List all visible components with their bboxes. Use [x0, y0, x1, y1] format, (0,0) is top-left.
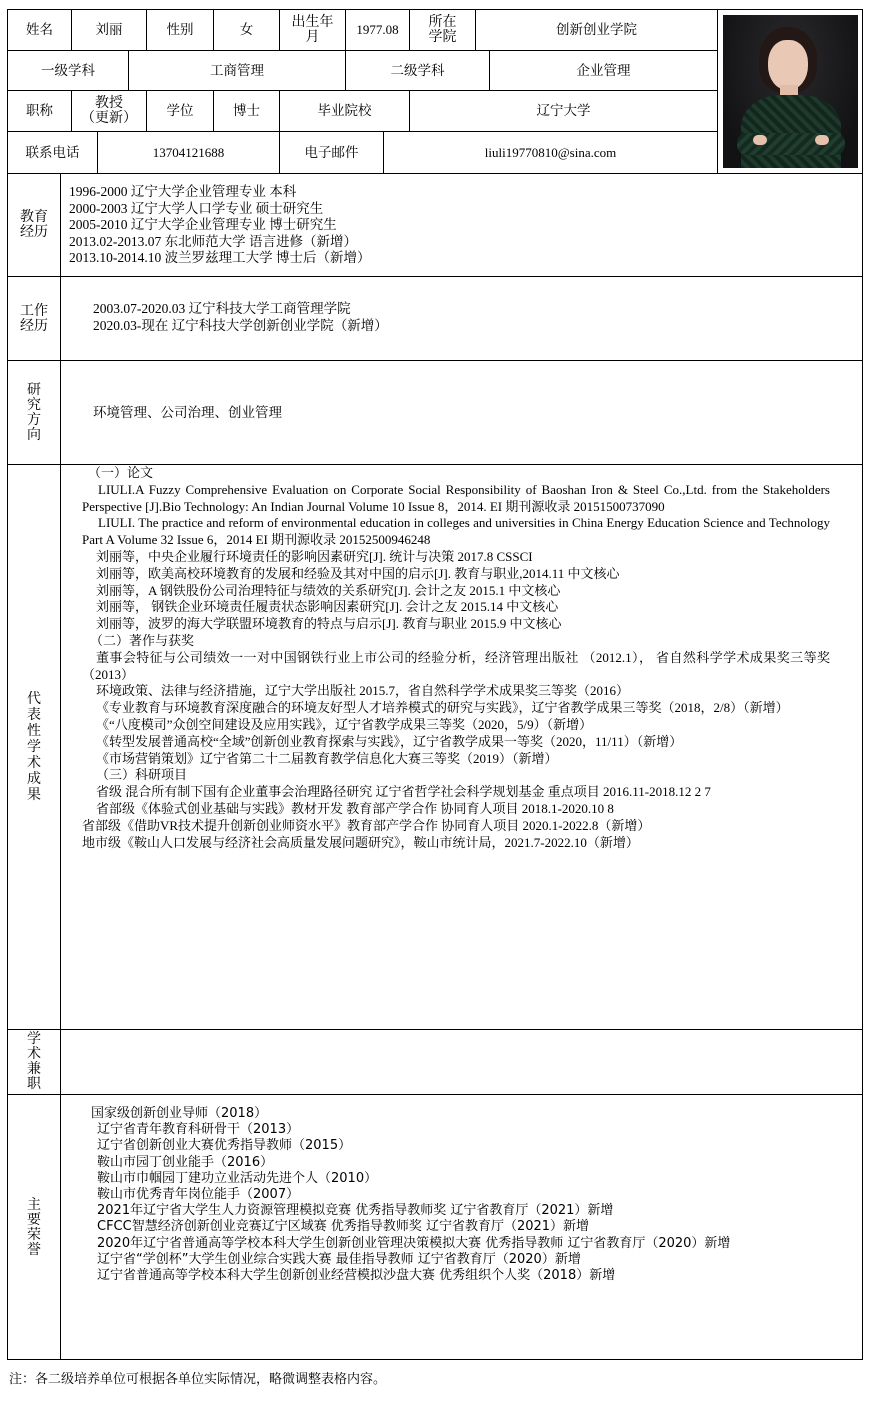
academic-posts-label-char: 职: [27, 1077, 41, 1092]
research-label-char: 研: [27, 383, 41, 398]
honor-item: 辽宁省普通高等学校本科大学生创新创业经营模拟沙盘大赛 优秀组织个人奖（2018）…: [91, 1268, 851, 1284]
achievements-label: 代 表 性 学 术 成 果: [8, 465, 61, 1030]
degree-value: 博士: [214, 91, 280, 132]
education-item: 2013.10-2014.10 波兰罗兹理工大学 博士后（新增）: [69, 250, 849, 267]
email-label: 电子邮件: [280, 132, 384, 174]
phone-label: 联系电话: [8, 132, 98, 174]
paper-item: LIULI.A Fuzzy Comprehensive Evaluation o…: [82, 482, 830, 516]
honor-item: 辽宁省“学创杯”大学生创业综合实践大赛 最佳指导教师 辽宁省教育厅（2020）新…: [91, 1252, 851, 1268]
project-item: 省级 混合所有制下国有企业董事会治理路径研究 辽宁省哲学社会科学规划基金 重点项…: [82, 784, 830, 801]
paper-item: 刘丽等，波罗的海大学联盟环境教育的特点与启示[J]. 教育与职业 2015.9 …: [82, 616, 830, 633]
research-label: 研 究 方 向: [8, 361, 61, 465]
education-label: 教育经历: [8, 174, 61, 277]
work-list: 2003.07-2020.03 辽宁科技大学工商管理学院 2020.03-现在 …: [93, 301, 853, 334]
research-label-char: 究: [27, 398, 41, 413]
work-item: 2020.03-现在 辽宁科技大学创新创业学院（新增）: [93, 318, 853, 335]
academic-posts-label: 学 术 兼 职: [8, 1030, 61, 1095]
academic-posts-label-char: 兼: [27, 1062, 41, 1077]
school-value: 辽宁大学: [410, 91, 718, 132]
first-discipline-label: 一级学科: [8, 51, 129, 91]
honor-item: 辽宁省创新创业大赛优秀指导教师（2015）: [91, 1138, 851, 1154]
education-item: 2013.02-2013.07 东北师范大学 语言进修（新增）: [69, 234, 849, 251]
honor-item: 鞍山市优秀青年岗位能手（2007）: [91, 1187, 851, 1203]
title-value-line2: （更新）: [81, 111, 137, 126]
college-label: 所在学院: [410, 10, 476, 51]
birth-value: 1977.08: [346, 10, 410, 51]
name-label: 姓名: [8, 10, 72, 51]
paper-item: 刘丽等，中央企业履行环境责任的影响因素研究[J]. 统计与决策 2017.8 C…: [82, 549, 830, 566]
paper-item: 刘丽等， 钢铁企业环境责任履责状态影响因素研究[J]. 会计之友 2015.14…: [82, 599, 830, 616]
honors-label-char: 主: [27, 1198, 41, 1213]
degree-label: 学位: [147, 91, 214, 132]
project-item: 省部级《体验式创业基础与实践》教材开发 教育部产学合作 协同育人项目 2018.…: [82, 801, 830, 818]
projects-heading: （三）科研项目: [82, 767, 830, 784]
education-list: 1996-2000 辽宁大学企业管理专业 本科 2000-2003 辽宁大学人口…: [69, 184, 849, 267]
project-item: 地市级《鞍山人口发展与经济社会高质量发展问题研究》，鞍山市统计局，2021.7-…: [82, 835, 830, 852]
paper-item: LIULI. The practice and reform of enviro…: [82, 515, 830, 549]
honors-label-char: 誉: [27, 1243, 41, 1258]
papers-heading: （一）论文: [82, 465, 830, 482]
education-label-line2: 经历: [20, 225, 48, 240]
achievements-label-char: 代: [27, 691, 41, 707]
book-item: 《市场营销策划》辽宁省第二十二届教育教学信息化大赛三等奖（2019）（新增）: [82, 751, 830, 768]
honors-label-char: 要: [27, 1213, 41, 1228]
name-value: 刘丽: [72, 10, 147, 51]
second-discipline-label: 二级学科: [346, 51, 490, 91]
paper-item: 刘丽等，欧美高校环境教育的发展和经验及其对中国的启示[J]. 教育与职业,201…: [82, 566, 830, 583]
email-value: liuli19770810@sina.com: [384, 132, 718, 174]
academic-posts-label-char: 术: [27, 1047, 41, 1062]
honors-list: 国家级创新创业导师（2018） 辽宁省青年教育科研骨干（2013） 辽宁省创新创…: [91, 1106, 851, 1284]
achievements-label-char: 性: [27, 723, 41, 739]
achievements-label-char: 学: [27, 739, 41, 755]
achievements-label-char: 成: [27, 771, 41, 787]
title-value: 教授（更新）: [72, 91, 147, 132]
profile-table: 姓名 刘丽 性别 女 出生年月 1977.08 所在学院 创新创业学院 一级学科…: [7, 9, 863, 1360]
education-item: 2005-2010 辽宁大学企业管理专业 博士研究生: [69, 217, 849, 234]
honor-item: 鞍山市园丁创业能手（2016）: [91, 1155, 851, 1171]
research-label-char: 向: [27, 428, 41, 443]
gender-value: 女: [214, 10, 280, 51]
portrait-photo: [723, 15, 858, 168]
footnote: 注：各二级培养单位可根据各单位实际情况，略微调整表格内容。: [9, 1368, 386, 1387]
honor-item: CFCC智慧经济创新创业竞赛辽宁区域赛 优秀指导教师奖 辽宁省教育厅（2021）…: [91, 1219, 851, 1235]
academic-posts-value: [61, 1030, 863, 1095]
first-discipline-value: 工商管理: [129, 51, 346, 91]
work-label: 工作经历: [8, 277, 61, 361]
education-item: 1996-2000 辽宁大学企业管理专业 本科: [69, 184, 849, 201]
school-label: 毕业院校: [280, 91, 410, 132]
birth-label-line1: 出生年: [292, 15, 334, 30]
college-value: 创新创业学院: [476, 10, 718, 51]
college-label-line2: 学院: [429, 30, 457, 45]
achievements-list: （一）论文 LIULI.A Fuzzy Comprehensive Evalua…: [82, 465, 830, 851]
education-label-line1: 教育: [20, 210, 48, 225]
college-label-line1: 所在: [429, 15, 457, 30]
book-item: 董事会特征与公司绩效一一对中国钢铁行业上市公司的经验分析，经济管理出版社 （20…: [82, 650, 830, 684]
academic-posts-label-char: 学: [27, 1032, 41, 1047]
phone-value: 13704121688: [98, 132, 280, 174]
honor-item: 2020年辽宁省普通高等学校本科大学生创新创业管理决策模拟大赛 优秀指导教师 辽…: [91, 1236, 851, 1252]
book-item: 《“八度模司”众创空间建设及应用实践》，辽宁省教学成果三等奖（2020，5/9）…: [82, 717, 830, 734]
achievements-label-char: 术: [27, 755, 41, 771]
research-value: 环境管理、公司治理、创业管理: [61, 361, 863, 465]
honors-label: 主 要 荣 誉: [8, 1095, 61, 1360]
honor-item: 2021年辽宁省大学生人力资源管理模拟竞赛 优秀指导教师奖 辽宁省教育厅（202…: [91, 1203, 851, 1219]
honor-item: 国家级创新创业导师（2018）: [91, 1106, 851, 1122]
achievements-label-char: 表: [27, 707, 41, 723]
education-item: 2000-2003 辽宁大学人口学专业 硕士研究生: [69, 201, 849, 218]
gender-label: 性别: [147, 10, 214, 51]
research-label-char: 方: [27, 413, 41, 428]
honors-label-char: 荣: [27, 1228, 41, 1243]
second-discipline-value: 企业管理: [490, 51, 718, 91]
work-label-line1: 工作: [20, 304, 48, 319]
achievements-label-char: 果: [27, 787, 41, 803]
birth-label-line2: 月: [306, 30, 320, 45]
books-heading: （二）著作与获奖: [82, 633, 830, 650]
project-item: 省部级《借助VR技术提升创新创业师资水平》教育部产学合作 协同育人项目 2020…: [82, 818, 830, 835]
title-label: 职称: [8, 91, 72, 132]
book-item: 《转型发展普通高校“全域”创新创业教育探索与实践》，辽宁省教学成果一等奖（202…: [82, 734, 830, 751]
book-item: 《专业教育与环境教育深度融合的环境友好型人才培养模式的研究与实践》，辽宁省教学成…: [82, 700, 830, 717]
birth-label: 出生年月: [280, 10, 346, 51]
title-value-line1: 教授: [95, 96, 123, 111]
paper-item: 刘丽等，A 钢铁股份公司治理特征与绩效的关系研究[J]. 会计之友 2015.1…: [82, 583, 830, 600]
work-label-line2: 经历: [20, 319, 48, 334]
work-item: 2003.07-2020.03 辽宁科技大学工商管理学院: [93, 301, 853, 318]
honor-item: 鞍山市巾帼园丁建功立业活动先进个人（2010）: [91, 1171, 851, 1187]
honor-item: 辽宁省青年教育科研骨干（2013）: [91, 1122, 851, 1138]
book-item: 环境政策、法律与经济措施，辽宁大学出版社 2015.7，省自然科学学术成果奖三等…: [82, 683, 830, 700]
